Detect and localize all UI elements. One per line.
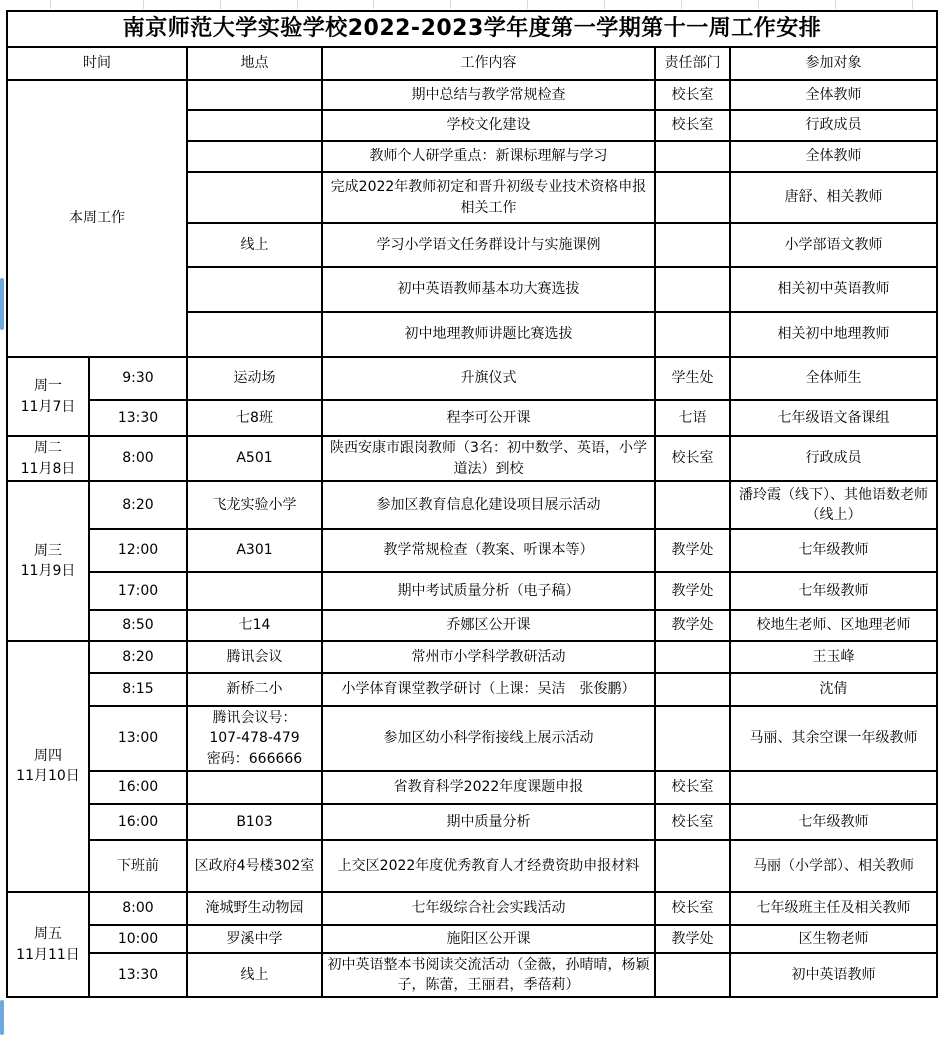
cell-location bbox=[187, 267, 322, 312]
cell-location: 区政府4号楼302室 bbox=[187, 840, 322, 892]
day-cell: 周二11月8日 bbox=[7, 436, 89, 481]
cell-participants: 全体师生 bbox=[730, 357, 937, 400]
table-row: 周二11月8日8:00A501陕西安康市跟岗教师（3名：初中数学、英语，小学道法… bbox=[7, 436, 937, 481]
cell-content: 参加区教育信息化建设项目展示活动 bbox=[322, 481, 655, 529]
cell-department bbox=[655, 172, 730, 223]
table-row: 17:00期中考试质量分析（电子稿）教学处七年级教师 bbox=[7, 572, 937, 610]
table-row: 13:30七8班程李可公开课七语七年级语文备课组 bbox=[7, 400, 937, 436]
cell-department: 教学处 bbox=[655, 610, 730, 641]
cell-content: 程李可公开课 bbox=[322, 400, 655, 436]
cell-department: 校长室 bbox=[655, 892, 730, 925]
cell-participants: 唐舒、相关教师 bbox=[730, 172, 937, 223]
title-row: 南京师范大学实验学校2022-2023学年度第一学期第十一周工作安排 bbox=[7, 11, 937, 47]
table-row: 周四11月10日8:20腾讯会议常州市小学科学教研活动王玉峰 bbox=[7, 641, 937, 673]
cell-time: 8:20 bbox=[89, 481, 187, 529]
day-label: 周四 bbox=[11, 746, 85, 766]
gridline-tick bbox=[50, 0, 51, 9]
cell-department: 校长室 bbox=[655, 110, 730, 141]
cell-location: B103 bbox=[187, 804, 322, 840]
cell-department: 七语 bbox=[655, 400, 730, 436]
cell-content: 期中考试质量分析（电子稿） bbox=[322, 572, 655, 610]
gridline-tick bbox=[912, 0, 913, 9]
header-time: 时间 bbox=[7, 47, 187, 80]
cell-content: 完成2022年教师初定和晋升初级专业技术资格申报相关工作 bbox=[322, 172, 655, 223]
gridline-tick bbox=[220, 0, 221, 9]
table-row: 16:00B103期中质量分析校长室七年级教师 bbox=[7, 804, 937, 840]
cell-location bbox=[187, 312, 322, 357]
cell-location: 线上 bbox=[187, 223, 322, 267]
cell-location: 新桥二小 bbox=[187, 673, 322, 706]
cell-department: 学生处 bbox=[655, 357, 730, 400]
header-department: 责任部门 bbox=[655, 47, 730, 80]
cell-time: 16:00 bbox=[89, 771, 187, 804]
cell-time: 16:00 bbox=[89, 804, 187, 840]
day-label: 周五 bbox=[11, 924, 85, 944]
cell-time: 9:30 bbox=[89, 357, 187, 400]
cell-participants: 马丽、其余空课一年级教师 bbox=[730, 706, 937, 771]
cell-department bbox=[655, 641, 730, 673]
day-label: 本周工作 bbox=[11, 208, 183, 228]
table-row: 12:00A301教学常规检查（教案、听课本等）教学处七年级教师 bbox=[7, 529, 937, 572]
date-label: 11月7日 bbox=[11, 397, 85, 417]
cell-participants: 潘玲霞（线下）、其他语数老师（线上） bbox=[730, 481, 937, 529]
cell-content: 乔娜区公开课 bbox=[322, 610, 655, 641]
cell-content: 常州市小学科学教研活动 bbox=[322, 641, 655, 673]
cell-participants: 沈倩 bbox=[730, 673, 937, 706]
cell-location: 腾讯会议号： 107-478-479 密码：666666 bbox=[187, 706, 322, 771]
cell-content: 初中地理教师讲题比赛选拔 bbox=[322, 312, 655, 357]
cell-time: 12:00 bbox=[89, 529, 187, 572]
cell-content: 期中总结与教学常规检查 bbox=[322, 80, 655, 110]
cell-location: 淹城野生动物园 bbox=[187, 892, 322, 925]
day-cell: 本周工作 bbox=[7, 80, 187, 357]
date-label: 11月10日 bbox=[11, 766, 85, 786]
cell-department bbox=[655, 223, 730, 267]
cell-participants: 相关初中英语教师 bbox=[730, 267, 937, 312]
gridline-tick bbox=[297, 0, 298, 9]
gridline-tick bbox=[450, 0, 451, 9]
cell-time: 17:00 bbox=[89, 572, 187, 610]
table-row: 周一11月7日9:30运动场升旗仪式学生处全体师生 bbox=[7, 357, 937, 400]
cell-department bbox=[655, 481, 730, 529]
table-row: 周三11月9日8:20飞龙实验小学参加区教育信息化建设项目展示活动潘玲霞（线下）… bbox=[7, 481, 937, 529]
schedule-sheet: 南京师范大学实验学校2022-2023学年度第一学期第十一周工作安排 时间 地点… bbox=[6, 10, 938, 998]
header-participants: 参加对象 bbox=[730, 47, 937, 80]
cell-content: 学校文化建设 bbox=[322, 110, 655, 141]
cell-location bbox=[187, 572, 322, 610]
cell-content: 参加区幼小科学衔接线上展示活动 bbox=[322, 706, 655, 771]
gridline-tick bbox=[373, 0, 374, 9]
cell-location: 线上 bbox=[187, 953, 322, 998]
cell-department: 校长室 bbox=[655, 436, 730, 481]
cell-participants: 七年级教师 bbox=[730, 529, 937, 572]
table-row: 13:30线上初中英语整本书阅读交流活动（金薇，孙晴晴，杨颖子，陈蕾，王丽君，季… bbox=[7, 953, 937, 998]
gridline-tick bbox=[604, 0, 605, 9]
cell-time: 13:30 bbox=[89, 953, 187, 998]
cell-department bbox=[655, 673, 730, 706]
day-cell: 周五11月11日 bbox=[7, 892, 89, 998]
cell-time: 13:30 bbox=[89, 400, 187, 436]
table-row: 下班前区政府4号楼302室上交区2022年度优秀教育人才经费资助申报材料马丽（小… bbox=[7, 840, 937, 892]
gridline-tick bbox=[681, 0, 682, 9]
cell-content: 期中质量分析 bbox=[322, 804, 655, 840]
cell-participants: 全体教师 bbox=[730, 141, 937, 172]
cell-content: 学习小学语文任务群设计与实施课例 bbox=[322, 223, 655, 267]
cell-participants: 七年级语文备课组 bbox=[730, 400, 937, 436]
day-cell: 周一11月7日 bbox=[7, 357, 89, 436]
cell-content: 升旗仪式 bbox=[322, 357, 655, 400]
cell-location bbox=[187, 141, 322, 172]
cell-time: 8:15 bbox=[89, 673, 187, 706]
cell-participants: 相关初中地理教师 bbox=[730, 312, 937, 357]
cell-department: 教学处 bbox=[655, 572, 730, 610]
table-row: 16:00省教育科学2022年度课题申报校长室 bbox=[7, 771, 937, 804]
cell-participants: 全体教师 bbox=[730, 80, 937, 110]
cell-participants: 马丽（小学部）、相关教师 bbox=[730, 840, 937, 892]
cell-participants: 小学部语文教师 bbox=[730, 223, 937, 267]
gridline-tick bbox=[758, 0, 759, 9]
cell-department: 校长室 bbox=[655, 804, 730, 840]
cell-department bbox=[655, 312, 730, 357]
cell-department bbox=[655, 706, 730, 771]
cell-location: 七8班 bbox=[187, 400, 322, 436]
cell-participants bbox=[730, 771, 937, 804]
cell-participants: 七年级教师 bbox=[730, 804, 937, 840]
cell-content: 初中英语教师基本功大赛选拔 bbox=[322, 267, 655, 312]
cell-participants: 行政成员 bbox=[730, 110, 937, 141]
header-content: 工作内容 bbox=[322, 47, 655, 80]
table-row: 8:15新桥二小小学体育课堂教学研讨（上课：吴洁 张俊鹏）沈倩 bbox=[7, 673, 937, 706]
table-row: 本周工作期中总结与教学常规检查校长室全体教师 bbox=[7, 80, 937, 110]
cell-department bbox=[655, 267, 730, 312]
cell-content: 七年级综合社会实践活动 bbox=[322, 892, 655, 925]
day-label: 周二 bbox=[11, 438, 85, 458]
cell-time: 8:00 bbox=[89, 436, 187, 481]
cell-participants: 七年级教师 bbox=[730, 572, 937, 610]
gridline-tick bbox=[527, 0, 528, 9]
cell-location: 腾讯会议 bbox=[187, 641, 322, 673]
page-title: 南京师范大学实验学校2022-2023学年度第一学期第十一周工作安排 bbox=[7, 11, 937, 47]
day-cell: 周三11月9日 bbox=[7, 481, 89, 641]
table-row: 周五11月11日8:00淹城野生动物园七年级综合社会实践活动校长室七年级班主任及… bbox=[7, 892, 937, 925]
cell-location bbox=[187, 172, 322, 223]
cell-time: 下班前 bbox=[89, 840, 187, 892]
cell-participants: 初中英语教师 bbox=[730, 953, 937, 998]
scroll-indicator-top bbox=[0, 278, 4, 330]
cell-location bbox=[187, 771, 322, 804]
cell-department: 校长室 bbox=[655, 771, 730, 804]
day-label: 周一 bbox=[11, 376, 85, 396]
table-row: 10:00罗溪中学施阳区公开课教学处区生物老师 bbox=[7, 925, 937, 953]
spreadsheet-gridline-strip bbox=[0, 0, 938, 10]
day-cell: 周四11月10日 bbox=[7, 641, 89, 892]
cell-time: 8:50 bbox=[89, 610, 187, 641]
cell-participants: 校地生老师、区地理老师 bbox=[730, 610, 937, 641]
cell-location: A501 bbox=[187, 436, 322, 481]
cell-content: 小学体育课堂教学研讨（上课：吴洁 张俊鹏） bbox=[322, 673, 655, 706]
cell-location: A301 bbox=[187, 529, 322, 572]
cell-content: 初中英语整本书阅读交流活动（金薇，孙晴晴，杨颖子，陈蕾，王丽君，季蓓莉） bbox=[322, 953, 655, 998]
cell-content: 教师个人研学重点：新课标理解与学习 bbox=[322, 141, 655, 172]
cell-department bbox=[655, 141, 730, 172]
cell-location: 七14 bbox=[187, 610, 322, 641]
cell-time: 13:00 bbox=[89, 706, 187, 771]
schedule-table: 南京师范大学实验学校2022-2023学年度第一学期第十一周工作安排 时间 地点… bbox=[6, 10, 938, 998]
cell-participants: 区生物老师 bbox=[730, 925, 937, 953]
cell-participants: 行政成员 bbox=[730, 436, 937, 481]
cell-location bbox=[187, 110, 322, 141]
cell-participants: 七年级班主任及相关教师 bbox=[730, 892, 937, 925]
date-label: 11月11日 bbox=[11, 945, 85, 965]
cell-department: 教学处 bbox=[655, 529, 730, 572]
cell-location: 飞龙实验小学 bbox=[187, 481, 322, 529]
cell-department: 校长室 bbox=[655, 80, 730, 110]
gridline-tick bbox=[835, 0, 836, 9]
cell-participants: 王玉峰 bbox=[730, 641, 937, 673]
cell-location bbox=[187, 80, 322, 110]
date-label: 11月9日 bbox=[11, 561, 85, 581]
gridline-tick bbox=[143, 0, 144, 9]
cell-content: 教学常规检查（教案、听课本等） bbox=[322, 529, 655, 572]
table-row: 13:00腾讯会议号： 107-478-479 密码：666666参加区幼小科学… bbox=[7, 706, 937, 771]
table-row: 8:50七14乔娜区公开课教学处校地生老师、区地理老师 bbox=[7, 610, 937, 641]
scroll-indicator-bottom bbox=[0, 1000, 4, 1035]
cell-location: 罗溪中学 bbox=[187, 925, 322, 953]
cell-department: 教学处 bbox=[655, 925, 730, 953]
header-location: 地点 bbox=[187, 47, 322, 80]
cell-department bbox=[655, 953, 730, 998]
cell-content: 上交区2022年度优秀教育人才经费资助申报材料 bbox=[322, 840, 655, 892]
cell-content: 施阳区公开课 bbox=[322, 925, 655, 953]
day-label: 周三 bbox=[11, 541, 85, 561]
cell-location: 运动场 bbox=[187, 357, 322, 400]
cell-time: 8:00 bbox=[89, 892, 187, 925]
cell-content: 省教育科学2022年度课题申报 bbox=[322, 771, 655, 804]
cell-content: 陕西安康市跟岗教师（3名：初中数学、英语，小学道法）到校 bbox=[322, 436, 655, 481]
header-row: 时间 地点 工作内容 责任部门 参加对象 bbox=[7, 47, 937, 80]
cell-department bbox=[655, 840, 730, 892]
cell-time: 10:00 bbox=[89, 925, 187, 953]
cell-time: 8:20 bbox=[89, 641, 187, 673]
date-label: 11月8日 bbox=[11, 459, 85, 479]
